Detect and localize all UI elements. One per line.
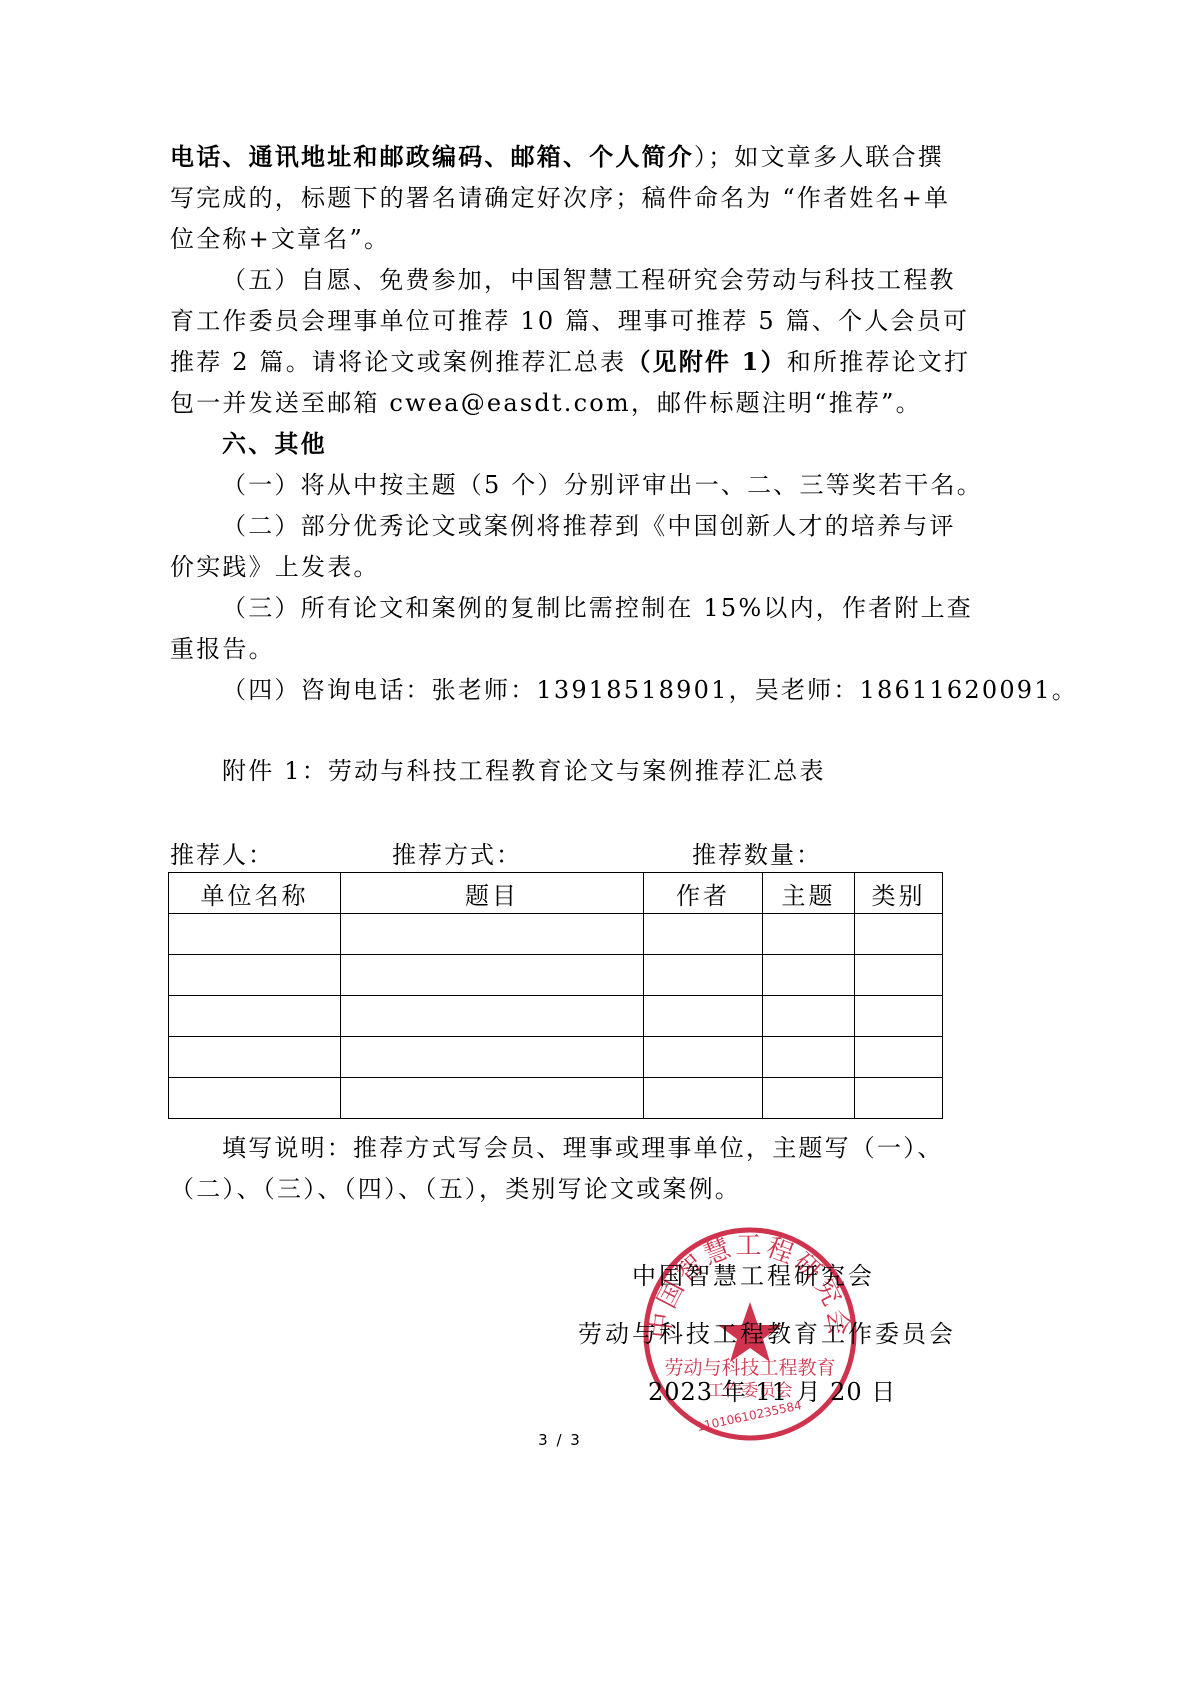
table-header-row: 单位名称 题目 作者 主题 类别 bbox=[169, 873, 943, 914]
header-category: 类别 bbox=[855, 873, 943, 914]
cell-author[interactable] bbox=[644, 914, 763, 955]
recommendation-summary-table: 单位名称 题目 作者 主题 类别 bbox=[168, 872, 943, 1119]
cell-author[interactable] bbox=[644, 1078, 763, 1119]
cell-category[interactable] bbox=[855, 955, 943, 996]
cell-author[interactable] bbox=[644, 955, 763, 996]
section6-item3-line2: 重报告。 bbox=[170, 634, 942, 664]
para5-line3: 推荐 2 篇。请将论文或案例推荐汇总表（见附件 1）和所推荐论文打 bbox=[170, 347, 942, 377]
attachment-ref-bold: （见附件 1） bbox=[626, 347, 786, 376]
cell-category[interactable] bbox=[855, 1037, 943, 1078]
cell-category[interactable] bbox=[855, 914, 943, 955]
cell-unit-name[interactable] bbox=[169, 914, 341, 955]
para1-line2: 写完成的，标题下的署名请确定好次序；稿件命名为 “作者姓名+单 bbox=[170, 183, 942, 213]
para1-line3: 位全称+文章名”。 bbox=[170, 224, 942, 254]
para5-line4-email: 包一并发送至邮箱 cwea@easdt.com，邮件标题注明“推荐”。 bbox=[170, 388, 942, 418]
cell-title[interactable] bbox=[341, 1037, 644, 1078]
para1-line1: 电话、通讯地址和邮政编码、邮箱、个人简介）；如文章多人联合撰 bbox=[170, 142, 942, 172]
table-row bbox=[169, 914, 943, 955]
cell-title[interactable] bbox=[341, 1078, 644, 1119]
svg-text:劳动与科技工程教育: 劳动与科技工程教育 bbox=[664, 1357, 835, 1379]
section6-item4-contact: （四）咨询电话：张老师：13918518901，吴老师：18611620091。 bbox=[222, 675, 942, 705]
cell-theme[interactable] bbox=[763, 914, 855, 955]
fill-note-line1: 填写说明：推荐方式写会员、理事或理事单位，主题写（一）、 bbox=[222, 1133, 942, 1163]
header-author: 作者 bbox=[644, 873, 763, 914]
cell-unit-name[interactable] bbox=[169, 1078, 341, 1119]
table-row bbox=[169, 955, 943, 996]
recommender-label: 推荐人： bbox=[170, 840, 274, 870]
cell-theme[interactable] bbox=[763, 996, 855, 1037]
header-title: 题目 bbox=[341, 873, 644, 914]
header-unit-name: 单位名称 bbox=[169, 873, 341, 914]
cell-unit-name[interactable] bbox=[169, 955, 341, 996]
page-number: 3 / 3 bbox=[538, 1431, 582, 1449]
cell-author[interactable] bbox=[644, 996, 763, 1037]
cell-theme[interactable] bbox=[763, 955, 855, 996]
para5-line1: （五）自愿、免费参加，中国智慧工程研究会劳动与科技工程教 bbox=[222, 265, 942, 295]
header-theme: 主题 bbox=[763, 873, 855, 914]
contact-fields-bold: 电话、通讯地址和邮政编码、邮箱、个人简介 bbox=[170, 142, 694, 171]
table-row bbox=[169, 1037, 943, 1078]
fill-note-line2: （二）、（三）、（四）、（五），类别写论文或案例。 bbox=[170, 1174, 942, 1204]
cell-theme[interactable] bbox=[763, 1078, 855, 1119]
section6-item1: （一）将从中按主题（5 个）分别评审出一、二、三等奖若干名。 bbox=[222, 470, 942, 500]
section6-item2-line1: （二）部分优秀论文或案例将推荐到《中国创新人才的培养与评 bbox=[222, 511, 942, 541]
cell-title[interactable] bbox=[341, 914, 644, 955]
method-label: 推荐方式： bbox=[392, 840, 522, 870]
table-row bbox=[169, 996, 943, 1037]
cell-category[interactable] bbox=[855, 996, 943, 1037]
cell-theme[interactable] bbox=[763, 1037, 855, 1078]
attachment-title: 附件 1：劳动与科技工程教育论文与案例推荐汇总表 bbox=[222, 756, 942, 786]
signature-org2: 劳动与科技工程教育工作委员会 bbox=[578, 1319, 956, 1349]
cell-author[interactable] bbox=[644, 1037, 763, 1078]
count-label: 推荐数量： bbox=[692, 840, 822, 870]
signature-date: 2023 年 11 月 20 日 bbox=[648, 1377, 896, 1407]
section6-item3-line1: （三）所有论文和案例的复制比需控制在 15%以内，作者附上查 bbox=[222, 593, 942, 623]
signature-org1: 中国智慧工程研究会 bbox=[632, 1261, 875, 1291]
cell-unit-name[interactable] bbox=[169, 1037, 341, 1078]
para5-line2: 育工作委员会理事单位可推荐 10 篇、理事可推荐 5 篇、个人会员可 bbox=[170, 306, 942, 336]
table-row bbox=[169, 1078, 943, 1119]
cell-unit-name[interactable] bbox=[169, 996, 341, 1037]
cell-category[interactable] bbox=[855, 1078, 943, 1119]
cell-title[interactable] bbox=[341, 996, 644, 1037]
section6-heading: 六、其他 bbox=[222, 429, 994, 459]
cell-title[interactable] bbox=[341, 955, 644, 996]
section6-item2-line2: 价实践》上发表。 bbox=[170, 552, 942, 582]
